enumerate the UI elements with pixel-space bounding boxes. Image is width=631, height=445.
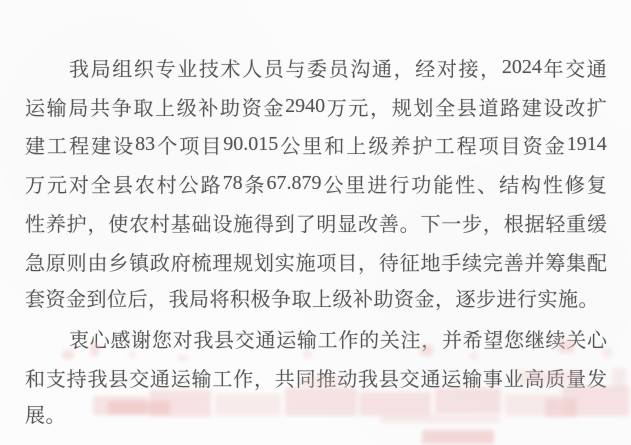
- glyph: 织: [134, 53, 154, 82]
- glyph: 交: [400, 363, 420, 392]
- glyph: 乡: [108, 247, 128, 276]
- glyph: 交: [235, 324, 255, 353]
- glyph: 共: [275, 363, 295, 392]
- glyph: 高: [525, 363, 545, 392]
- glyph: 手: [441, 247, 461, 276]
- glyph: 2940: [285, 95, 325, 118]
- glyph: 建: [522, 92, 542, 121]
- glyph: 进: [367, 169, 387, 198]
- glyph: 67.879: [266, 172, 321, 195]
- glyph: 运: [441, 363, 461, 392]
- glyph: 的: [359, 324, 379, 353]
- glyph: 梳: [192, 247, 212, 276]
- glyph: 持: [67, 363, 87, 392]
- glyph: 县: [379, 363, 399, 392]
- glyph: 争: [112, 92, 132, 121]
- glyph: 原: [46, 247, 66, 276]
- glyph: 委: [307, 53, 327, 82]
- glyph: 善: [504, 247, 524, 276]
- glyph: 元: [348, 92, 368, 121]
- glyph: 施: [233, 208, 253, 237]
- glyph: 县: [214, 324, 234, 353]
- glyph: 您: [504, 324, 524, 353]
- text-line: 建工程建设83个项目90.015公里和上级养护工程项目资金1914: [25, 126, 607, 165]
- glyph: 根: [504, 208, 524, 237]
- glyph: 目: [337, 247, 357, 276]
- glyph: 全: [91, 169, 111, 198]
- glyph: 县: [457, 92, 477, 121]
- glyph: 。: [400, 208, 420, 237]
- glyph: 交: [129, 363, 149, 392]
- glyph: 构: [521, 169, 541, 198]
- glyph: 万: [25, 169, 45, 198]
- glyph: 级: [177, 92, 197, 121]
- glyph: 性: [543, 169, 563, 198]
- glyph: 养: [46, 208, 66, 237]
- glyph: ，: [480, 53, 500, 82]
- glyph: 2024: [502, 56, 542, 79]
- glyph: 续: [462, 247, 482, 276]
- glyph: 同: [296, 363, 316, 392]
- glyph: 项: [316, 247, 336, 276]
- glyph: 功: [411, 169, 431, 198]
- glyph: 项: [179, 130, 199, 159]
- glyph: 关: [380, 324, 400, 353]
- glyph: 设: [543, 92, 563, 121]
- glyph: 公: [280, 130, 300, 159]
- glyph: 性: [455, 169, 475, 198]
- glyph: 设: [212, 208, 232, 237]
- glyph: 我: [69, 53, 89, 82]
- glyph: 年: [543, 53, 563, 82]
- glyph: 地: [420, 247, 440, 276]
- glyph: 一: [441, 208, 461, 237]
- glyph: 对: [69, 169, 89, 198]
- glyph: 个: [157, 130, 177, 159]
- glyph: 输: [192, 363, 212, 392]
- glyph: 使: [108, 208, 128, 237]
- glyph: 作: [338, 324, 358, 353]
- glyph: 扩: [587, 92, 607, 121]
- glyph: 金: [263, 92, 283, 121]
- text-line: 运输局共争取上级补助资金2940万元，规划全县道路建设改扩: [25, 87, 607, 126]
- glyph: 运: [276, 324, 296, 353]
- glyph: 修: [565, 169, 585, 198]
- glyph: 局: [91, 53, 111, 82]
- glyph: 接: [459, 53, 479, 82]
- glyph: 发: [587, 363, 607, 392]
- glyph: 划: [413, 92, 433, 121]
- stamp-smudge: [612, 368, 626, 388]
- glyph: 步: [462, 208, 482, 237]
- glyph: 行: [389, 169, 409, 198]
- glyph: 待: [379, 247, 399, 276]
- glyph: 护: [413, 130, 433, 159]
- glyph: 事: [483, 363, 503, 392]
- glyph: 护: [67, 208, 87, 237]
- glyph: 规: [392, 92, 412, 121]
- glyph: 据: [525, 208, 545, 237]
- glyph: 完: [483, 247, 503, 276]
- glyph: 谢: [131, 324, 151, 353]
- glyph: 工: [318, 324, 338, 353]
- glyph: 共: [90, 92, 110, 121]
- glyph: 输: [462, 363, 482, 392]
- glyph: 业: [504, 363, 524, 392]
- glyph: 感: [110, 324, 130, 353]
- scanned-letter-page: 我局组织专业技术人员与委员沟通，经对接，2024年交通运输局共争取上级补助资金2…: [0, 0, 631, 445]
- glyph: 县: [113, 169, 133, 198]
- glyph: 衷: [69, 324, 89, 353]
- glyph: 缓: [587, 208, 607, 237]
- glyph: 对: [437, 53, 457, 82]
- glyph: 资: [242, 92, 262, 121]
- glyph: ，: [358, 247, 378, 276]
- glyph: 条: [245, 169, 265, 198]
- glyph: 筹: [545, 247, 565, 276]
- glyph: 路: [201, 169, 221, 198]
- glyph: 急: [25, 247, 45, 276]
- glyph: 我: [193, 324, 213, 353]
- glyph: 量: [566, 363, 586, 392]
- glyph: ，: [483, 208, 503, 237]
- text-line: 衷心感谢您对我县交通运输工作的关注，并希望您继续关心: [25, 320, 607, 359]
- glyph: 上: [346, 130, 366, 159]
- text-line: 万元对全县农村公路78条67.879公里进行功能性、结构性修复: [25, 164, 607, 203]
- glyph: ，: [421, 324, 441, 353]
- glyph: 征: [400, 247, 420, 276]
- glyph: 设: [113, 130, 133, 159]
- glyph: 县: [108, 363, 128, 392]
- glyph: 和: [25, 363, 45, 392]
- text-line: 套资金到位后，我局将积极争取上级补助资金，逐步进行实施。: [25, 281, 607, 320]
- glyph: 交: [565, 53, 585, 82]
- text-line: 性养护，使农村基础设施得到了明显改善。下一步，根据轻重缓: [25, 203, 607, 242]
- glyph: 划: [254, 247, 274, 276]
- glyph: 继: [525, 324, 545, 353]
- glyph: 复: [587, 169, 607, 198]
- glyph: 心: [90, 324, 110, 353]
- glyph: 工: [212, 363, 232, 392]
- glyph: 结: [499, 169, 519, 198]
- glyph: 村: [150, 208, 170, 237]
- glyph: 83: [135, 133, 155, 156]
- glyph: 员: [329, 53, 349, 82]
- glyph: 业: [177, 53, 197, 82]
- glyph: ，: [87, 208, 107, 237]
- glyph: 与: [285, 53, 305, 82]
- glyph: 我: [87, 363, 107, 392]
- glyph: 府: [171, 247, 191, 276]
- glyph: 通: [255, 324, 275, 353]
- glyph: 注: [401, 324, 421, 353]
- glyph: 金: [545, 130, 565, 159]
- glyph: 经: [415, 53, 435, 82]
- glyph: 建: [25, 130, 45, 159]
- glyph: 续: [546, 324, 566, 353]
- glyph: 并: [442, 324, 462, 353]
- glyph: 通: [372, 53, 392, 82]
- glyph: 到: [275, 208, 295, 237]
- glyph: 员: [264, 53, 284, 82]
- glyph: 运: [171, 363, 191, 392]
- glyph: 望: [483, 324, 503, 353]
- glyph: 对: [173, 324, 193, 353]
- glyph: 元: [47, 169, 67, 198]
- glyph: 由: [87, 247, 107, 276]
- glyph: 理: [212, 247, 232, 276]
- glyph: 集: [566, 247, 586, 276]
- glyph: 并: [525, 247, 545, 276]
- glyph: 规: [233, 247, 253, 276]
- glyph: 改: [565, 92, 585, 121]
- glyph: 目: [201, 130, 221, 159]
- glyph: 助: [220, 92, 240, 121]
- glyph: ，: [254, 363, 274, 392]
- glyph: 通: [150, 363, 170, 392]
- glyph: 作: [233, 363, 253, 392]
- glyph: 关: [566, 324, 586, 353]
- glyph: 则: [67, 247, 87, 276]
- glyph: 术: [220, 53, 240, 82]
- glyph: ，: [394, 53, 414, 82]
- glyph: 运: [25, 92, 45, 121]
- glyph: 1914: [567, 133, 607, 156]
- glyph: 动: [337, 363, 357, 392]
- glyph: 输: [47, 92, 67, 121]
- glyph: 级: [368, 130, 388, 159]
- glyph: 通: [587, 53, 607, 82]
- glyph: 公: [179, 169, 199, 198]
- text-line: 和支持我县交通运输工作，共同推动我县交通运输事业高质量发: [25, 358, 607, 397]
- glyph: 基: [171, 208, 191, 237]
- glyph: 、: [477, 169, 497, 198]
- glyph: 全: [435, 92, 455, 121]
- glyph: 得: [254, 208, 274, 237]
- text-line: 我局组织专业技术人员与委员沟通，经对接，2024年交通: [25, 48, 607, 87]
- glyph: 程: [69, 130, 89, 159]
- glyph: 通: [420, 363, 440, 392]
- glyph: 路: [500, 92, 520, 121]
- glyph: 沟: [350, 53, 370, 82]
- letter-body-text: 我局组织专业技术人员与委员沟通，经对接，2024年交通运输局共争取上级补助资金2…: [25, 48, 607, 436]
- glyph: 轻: [545, 208, 565, 237]
- glyph: 万: [327, 92, 347, 121]
- text-line: 展。: [25, 397, 607, 436]
- glyph: 工: [435, 130, 455, 159]
- glyph: 质: [545, 363, 565, 392]
- glyph: 显: [337, 208, 357, 237]
- glyph: 础: [192, 208, 212, 237]
- glyph: 78: [223, 172, 243, 195]
- glyph: 人: [242, 53, 262, 82]
- glyph: 推: [316, 363, 336, 392]
- glyph: 镇: [129, 247, 149, 276]
- glyph: 政: [150, 247, 170, 276]
- glyph: 工: [47, 130, 67, 159]
- glyph: 技: [199, 53, 219, 82]
- glyph: 村: [157, 169, 177, 198]
- glyph: 里: [345, 169, 365, 198]
- glyph: 养: [390, 130, 410, 159]
- glyph: 90.015: [223, 133, 278, 156]
- glyph: 支: [46, 363, 66, 392]
- glyph: 心: [587, 324, 607, 353]
- glyph: 施: [296, 247, 316, 276]
- glyph: 能: [433, 169, 453, 198]
- glyph: 了: [296, 208, 316, 237]
- glyph: 补: [198, 92, 218, 121]
- glyph: 农: [129, 208, 149, 237]
- glyph: 您: [152, 324, 172, 353]
- glyph: 组: [112, 53, 132, 82]
- glyph: 实: [275, 247, 295, 276]
- glyph: 上: [155, 92, 175, 121]
- glyph: 取: [133, 92, 153, 121]
- glyph: 项: [479, 130, 499, 159]
- glyph: 输: [297, 324, 317, 353]
- glyph: 里: [302, 130, 322, 159]
- glyph: 资: [523, 130, 543, 159]
- glyph: 建: [91, 130, 111, 159]
- glyph: 明: [316, 208, 336, 237]
- glyph: 重: [566, 208, 586, 237]
- glyph: 目: [501, 130, 521, 159]
- glyph: 程: [457, 130, 477, 159]
- glyph: 性: [25, 208, 45, 237]
- glyph: 希: [463, 324, 483, 353]
- glyph: 局: [68, 92, 88, 121]
- glyph: 我: [358, 363, 378, 392]
- glyph: 道: [478, 92, 498, 121]
- glyph: 农: [135, 169, 155, 198]
- glyph: 专: [156, 53, 176, 82]
- glyph: 公: [323, 169, 343, 198]
- glyph: ，: [370, 92, 390, 121]
- glyph: 善: [379, 208, 399, 237]
- glyph: 下: [420, 208, 440, 237]
- text-line: 急原则由乡镇政府梳理规划实施项目，待征地手续完善并筹集配: [25, 242, 607, 281]
- glyph: 改: [358, 208, 378, 237]
- glyph: 和: [324, 130, 344, 159]
- glyph: 配: [587, 247, 607, 276]
